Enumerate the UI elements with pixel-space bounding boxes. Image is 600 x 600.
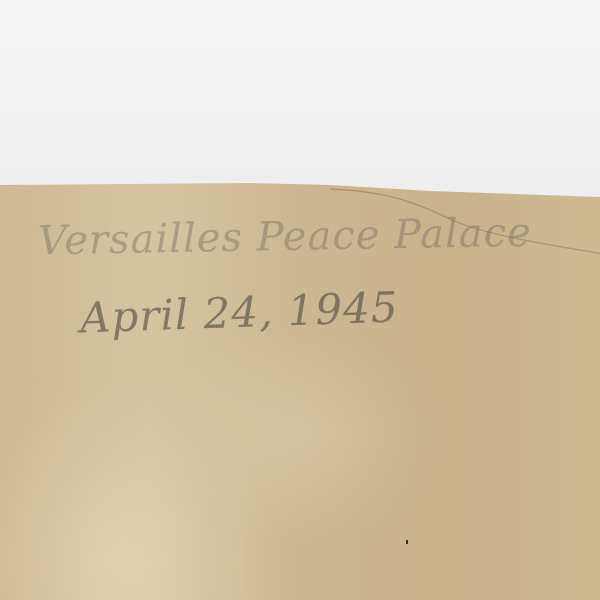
paper-speck [406,540,408,544]
handwritten-location: Versailles Peace Palace [38,210,533,265]
